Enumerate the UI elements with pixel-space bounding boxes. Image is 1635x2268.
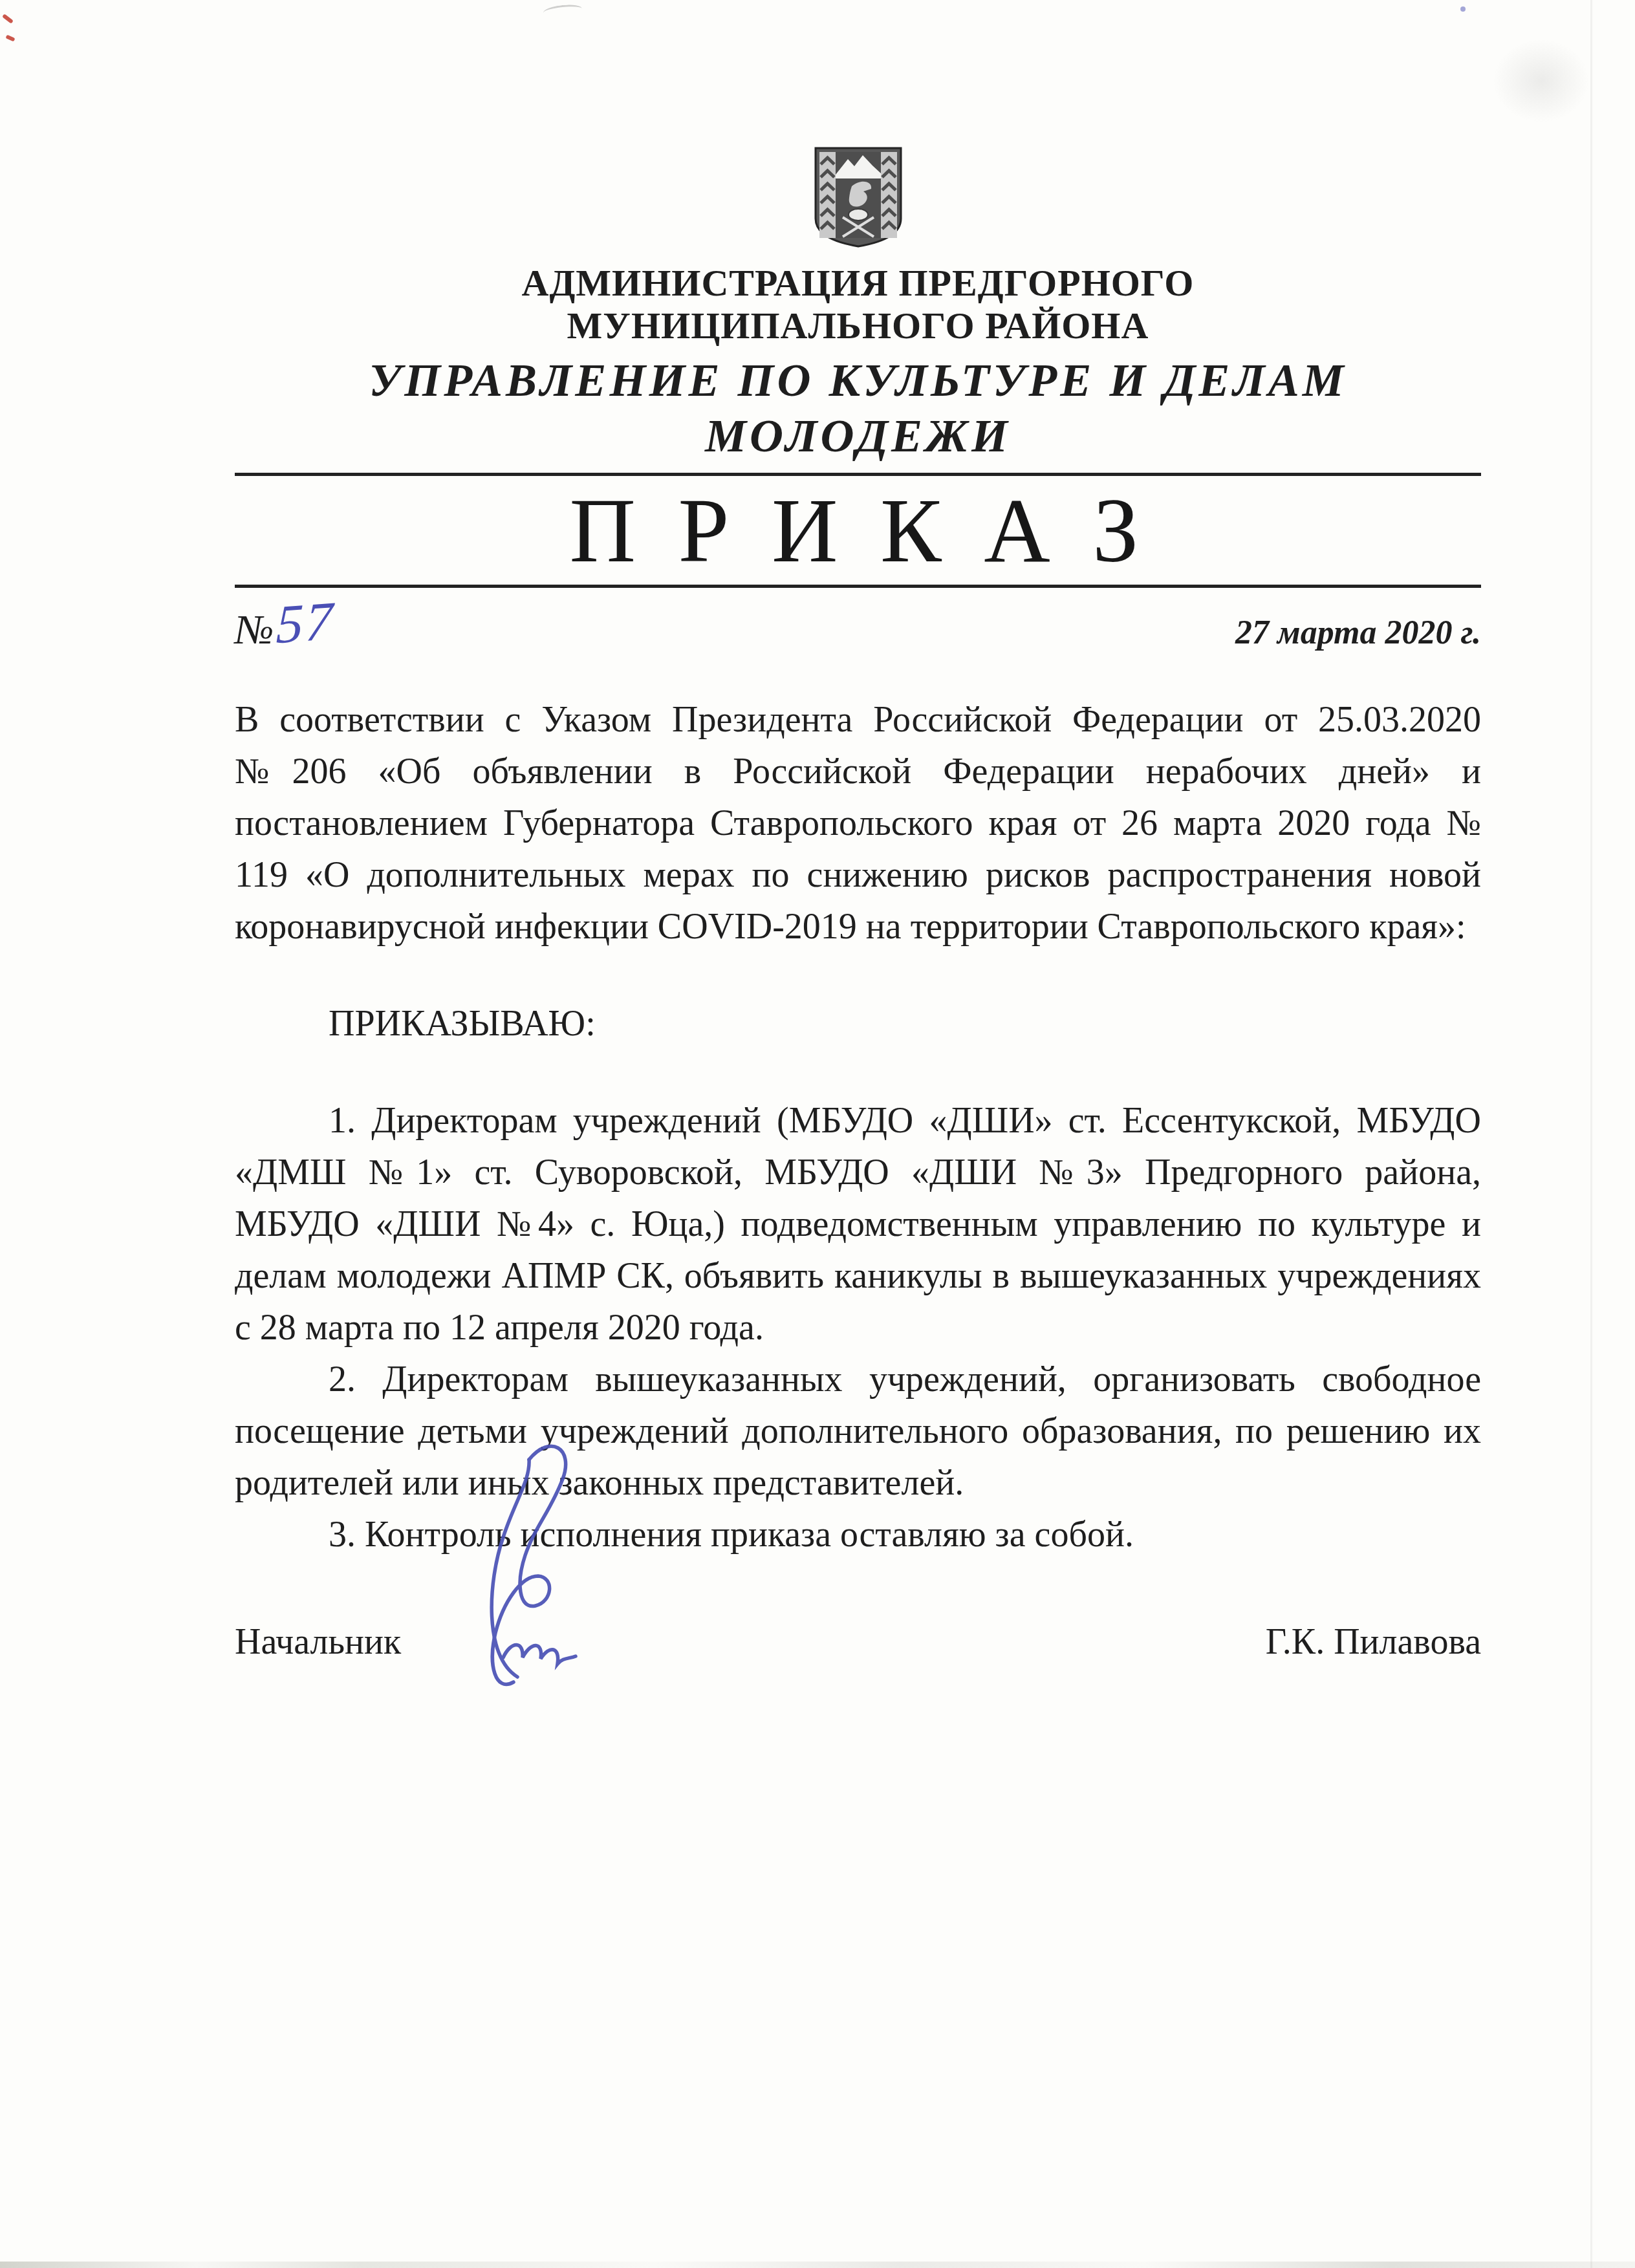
emblem-wrap [235, 0, 1481, 252]
order-date: 27 марта 2020 г. [1235, 614, 1481, 652]
order-item-1: 1. Директорам учреждений (МБУДО «ДШИ» ст… [235, 1095, 1481, 1354]
document-column: АДМИНИСТРАЦИЯ ПРЕДГОРНОГО МУНИЦИПАЛЬНОГО… [235, 0, 1481, 1663]
resolve-word: ПРИКАЗЫВАЮ: [235, 998, 1481, 1050]
scan-artifact-bottom-edge [0, 2262, 1635, 2268]
org-name-line2: МУНИЦИПАЛЬНОГО РАЙОНА [235, 305, 1481, 347]
intro-paragraph: В соответствии с Указом Президента Росси… [235, 694, 1481, 953]
signatory-position: Начальник [235, 1621, 401, 1663]
org-name-line1: АДМИНИСТРАЦИЯ ПРЕДГОРНОГО [235, 262, 1481, 305]
coat-of-arms-icon [813, 146, 904, 248]
number-sign: № [235, 607, 274, 653]
handwritten-signature [427, 1439, 634, 1717]
org-department-line: УПРАВЛЕНИЕ ПО КУЛЬТУРЕ И ДЕЛАМ МОЛОДЕЖИ [235, 352, 1481, 464]
signature-row: Начальник Г.К. Пилавова [235, 1621, 1481, 1663]
document-title: П Р И К А З [235, 476, 1481, 585]
order-number: №57 [235, 594, 334, 657]
scanned-order-document: АДМИНИСТРАЦИЯ ПРЕДГОРНОГО МУНИЦИПАЛЬНОГО… [0, 0, 1635, 2268]
order-items: 1. Директорам учреждений (МБУДО «ДШИ» ст… [235, 1095, 1481, 1561]
order-number-handwritten: 57 [276, 590, 336, 657]
signatory-name: Г.К. Пилавова [1266, 1621, 1481, 1663]
scan-artifact-vertical-line [1590, 0, 1592, 2268]
scan-artifact-red-mark [5, 34, 15, 41]
scan-artifact-smudge [1493, 39, 1590, 123]
order-item-3: 3. Контроль исполнения приказа оставляю … [235, 1509, 1481, 1561]
scan-artifact-red-mark [2, 14, 14, 24]
order-item-2: 2. Директорам вышеуказанных учреждений, … [235, 1354, 1481, 1509]
title-rule [235, 585, 1481, 588]
order-meta-row: №57 27 марта 2020 г. [235, 594, 1481, 663]
